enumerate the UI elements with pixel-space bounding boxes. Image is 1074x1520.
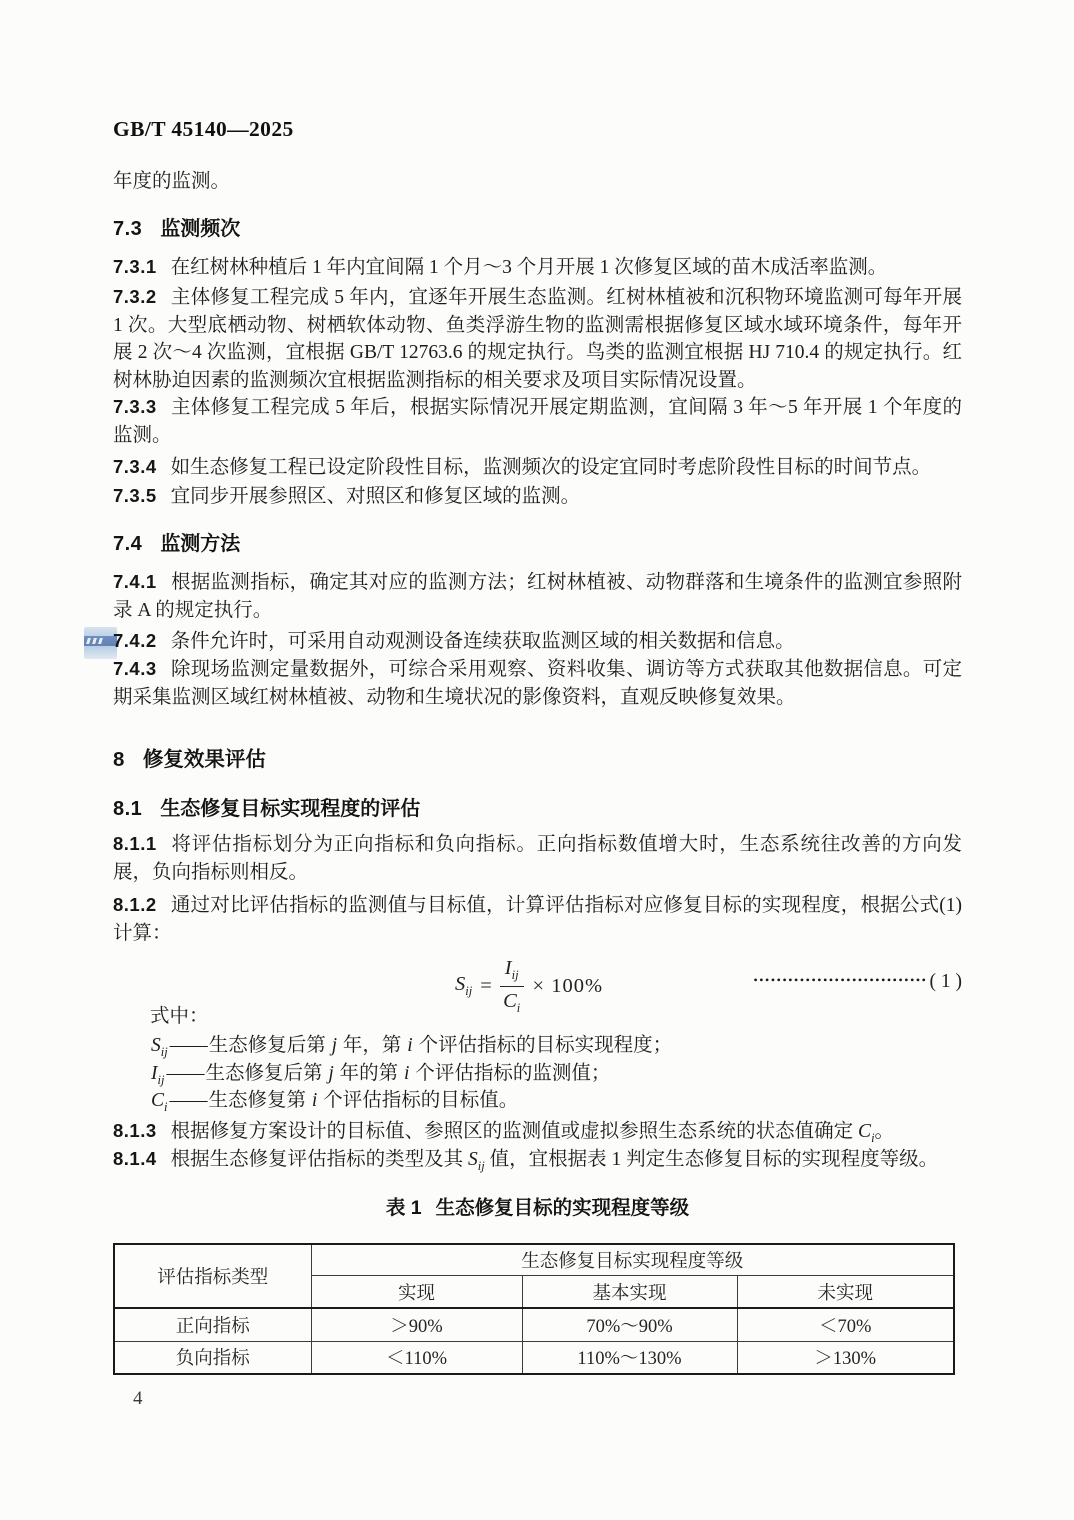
term-symbol: Ci xyxy=(151,1090,168,1111)
clause-number: 8.1.3 xyxy=(113,1120,157,1141)
clause-text: 主体修复工程完成 5 年后，根据实际情况开展定期监测，宜间隔 3 年～5 年开展… xyxy=(113,397,962,446)
clause-7-3-3: 7.3.3主体修复工程完成 5 年后，根据实际情况开展定期监测，宜间隔 3 年～… xyxy=(113,393,962,449)
clause-number: 7.3.4 xyxy=(113,456,157,477)
header-cell-group: 生态修复目标实现程度等级 xyxy=(311,1244,954,1276)
cell-value: ＜70% xyxy=(737,1308,954,1341)
clause-8-1-2: 8.1.2通过对比评估指标的监测值与目标值，计算评估指标对应修复目标的实现程度，… xyxy=(113,891,962,947)
cell-value: ＜110% xyxy=(311,1341,522,1374)
heading-7-3: 7.3监测频次 xyxy=(113,212,962,241)
inline-symbol: Sij xyxy=(468,1149,485,1170)
header-cell-achieved: 实现 xyxy=(311,1276,522,1309)
page-number: 4 xyxy=(133,1388,143,1410)
clause-number: 8.1.1 xyxy=(113,833,157,854)
equals-sign: = xyxy=(480,975,492,998)
clause-text: 主体修复工程完成 5 年内，宜逐年开展生态监测。红树林植被和沉积物环境监测可每年… xyxy=(113,287,962,391)
clause-text: 在红树林种植后 1 年内宜间隔 1 个月～3 个月开展 1 次修复区域的苗木成活… xyxy=(171,257,888,278)
clause-number: 8.1.2 xyxy=(113,894,157,915)
clause-text: 将评估指标划分为正向指标和负向指标。正向指标数值增大时，生态系统往改善的方向发展… xyxy=(113,834,962,883)
heading-number: 8.1 xyxy=(113,798,142,820)
clause-7-3-1: 7.3.1在红树林种植后 1 年内宜间隔 1 个月～3 个月开展 1 次修复区域… xyxy=(113,253,962,282)
clause-7-3-4: 7.3.4如生态修复工程已设定阶段性目标，监测频次的设定宜同时考虑阶段性目标的时… xyxy=(113,453,962,482)
clause-7-4-1: 7.4.1根据监测指标，确定其对应的监测方法；红树林植被、动物群落和生境条件的监… xyxy=(113,568,962,624)
clause-number: 7.3.3 xyxy=(113,396,157,417)
header-cell-not-achieved: 未实现 xyxy=(737,1276,954,1309)
clause-7-3-2: 7.3.2主体修复工程完成 5 年内，宜逐年开展生态监测。红树林植被和沉积物环境… xyxy=(113,283,962,394)
cell-value: ＞130% xyxy=(737,1341,954,1374)
inline-symbol: Ci xyxy=(858,1121,875,1142)
clause-7-3-5: 7.3.5宜同步开展参照区、对照区和修复区域的监测。 xyxy=(113,482,962,511)
heading-number: 7.4 xyxy=(113,533,142,555)
heading-number: 7.3 xyxy=(113,218,142,240)
where-label: 式中： xyxy=(113,1003,999,1031)
cell-value: 70%～90% xyxy=(522,1308,737,1341)
equation-label: ( 1 ) xyxy=(930,971,963,992)
clause-number: 7.4.3 xyxy=(113,658,157,679)
clause-text: 条件允许时，可采用自动观测设备连续获取监测区域的相关数据和信息。 xyxy=(171,631,795,652)
heading-title: 监测频次 xyxy=(160,218,240,240)
fraction-numerator: Iij xyxy=(500,957,524,986)
clause-text: 除现场监测定量数据外，可综合采用观察、资料收集、调访等方式获取其他数据信息。可定… xyxy=(113,659,962,708)
term-symbol: Sij xyxy=(151,1035,168,1056)
heading-number: 8 xyxy=(113,748,125,771)
table-header-row-1: 评估指标类型 生态修复目标实现程度等级 xyxy=(114,1244,954,1276)
cell-value: 110%～130% xyxy=(522,1341,737,1374)
clause-number: 7.4.1 xyxy=(113,571,157,592)
heading-8: 8修复效果评估 xyxy=(113,742,962,772)
formula-lhs: Sij xyxy=(455,973,472,999)
clause-text: 宜同步开展参照区、对照区和修复区域的监测。 xyxy=(171,486,581,507)
clause-text: 通过对比评估指标的监测值与目标值，计算评估指标对应修复目标的实现程度，根据公式(… xyxy=(113,895,962,944)
heading-title: 生态修复目标实现程度的评估 xyxy=(160,798,420,820)
header-cell-basically-achieved: 基本实现 xyxy=(522,1276,737,1309)
table-1-caption: 表 1生态修复目标的实现程度等级 xyxy=(113,1192,962,1220)
carryover-paragraph: 年度的监测。 xyxy=(113,168,962,196)
clause-number: 7.3.2 xyxy=(113,286,157,307)
term-symbol: Iij xyxy=(151,1063,164,1084)
header-cell-indicator-type: 评估指标类型 xyxy=(114,1244,311,1308)
clause-7-4-3: 7.4.3除现场监测定量数据外，可综合采用观察、资料收集、调访等方式获取其他数据… xyxy=(113,655,962,711)
heading-7-4: 7.4监测方法 xyxy=(113,527,962,556)
table-row-positive: 正向指标 ＞90% 70%～90% ＜70% xyxy=(114,1308,954,1341)
clause-text: 根据监测指标，确定其对应的监测方法；红树林植被、动物群落和生境条件的监测宜参照附… xyxy=(113,572,962,621)
cell-row-label: 正向指标 xyxy=(114,1308,311,1341)
cell-row-label: 负向指标 xyxy=(114,1341,311,1374)
clause-number: 8.1.4 xyxy=(113,1148,157,1169)
clause-8-1-1: 8.1.1将评估指标划分为正向指标和负向指标。正向指标数值增大时，生态系统往改善… xyxy=(113,830,962,886)
heading-title: 修复效果评估 xyxy=(143,748,266,771)
doc-code-header: GB/T 45140—2025 xyxy=(113,117,294,142)
formula-multiplier: × 100% xyxy=(533,975,604,998)
document-page: GB/T 45140—2025 年度的监测。 7.3监测频次 7.3.1在红树林… xyxy=(0,0,1074,1520)
clause-text: 如生态修复工程已设定阶段性目标，监测频次的设定宜同时考虑阶段性目标的时间节点。 xyxy=(171,457,932,478)
table-row-negative: 负向指标 ＜110% 110%～130% ＞130% xyxy=(114,1341,954,1374)
clause-number: 7.4.2 xyxy=(113,630,157,651)
table-caption-title: 生态修复目标的实现程度等级 xyxy=(436,1197,690,1219)
cell-value: ＞90% xyxy=(311,1308,522,1341)
clause-7-4-2: 7.4.2条件允许时，可采用自动观测设备连续获取监测区域的相关数据和信息。 xyxy=(113,627,962,656)
clause-8-1-4: 8.1.4根据生态修复评估指标的类型及其 Sij 值，宜根据表 1 判定生态修复… xyxy=(113,1145,962,1180)
clause-number: 7.3.1 xyxy=(113,256,157,277)
heading-title: 监测方法 xyxy=(160,533,240,555)
equation-number: ••••••••••••••••••••••••••••••( 1 ) xyxy=(753,971,962,993)
leader-dots: •••••••••••••••••••••••••••••• xyxy=(753,973,927,987)
clause-number: 7.3.5 xyxy=(113,485,157,506)
table-caption-number: 表 1 xyxy=(386,1197,422,1219)
table-1: 评估指标类型 生态修复目标实现程度等级 实现 基本实现 未实现 正向指标 ＞90… xyxy=(113,1243,955,1375)
heading-8-1: 8.1生态修复目标实现程度的评估 xyxy=(113,792,962,821)
